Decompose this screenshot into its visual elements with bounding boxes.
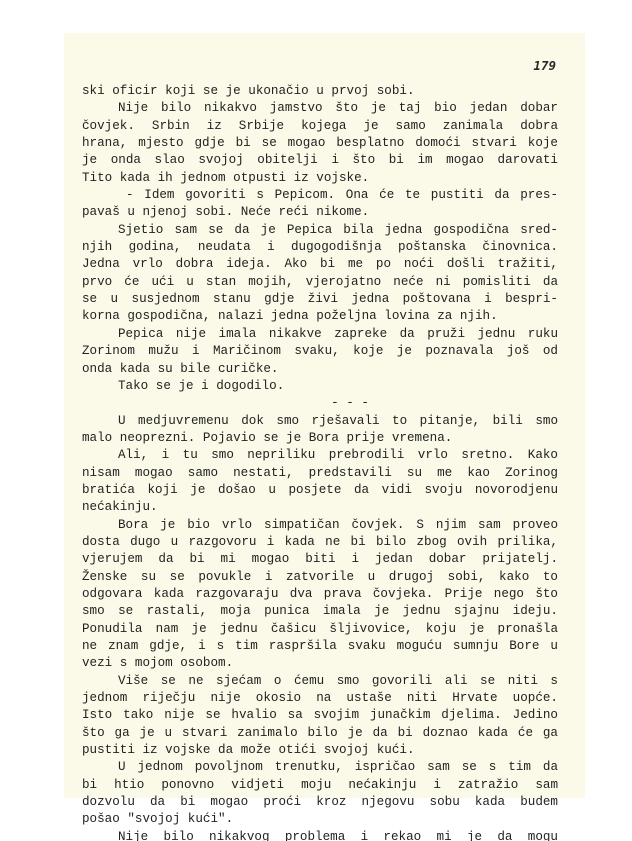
text-line: - Idem govoriti s Pepicom. Ona će te pus…: [82, 187, 558, 204]
text-line: ne znam gdje, i s tim raspršila svaku mo…: [82, 638, 558, 655]
text-line: dozvolu da bi mogao proći kroz njegovu s…: [82, 794, 558, 811]
page-number: 179: [533, 58, 556, 73]
text-line: odgovara kada razgovaraju dva prava čovj…: [82, 586, 558, 603]
text-line: bratića koji je došao u posjete da vidi …: [82, 482, 558, 499]
text-line: Više se ne sjećam o ćemu smo govorili al…: [82, 673, 558, 690]
text-line: vjerujem da bi mi mogao biti i jedan dob…: [82, 551, 558, 568]
text-line: ski oficir koji se je ukonačio u prvoj s…: [82, 83, 558, 100]
text-line: onda kada su bile curičke.: [82, 361, 558, 378]
text-line: pustiti iz vojske da može otići svojoj k…: [82, 742, 558, 759]
text-line: nećakinju.: [82, 499, 558, 516]
text-line: Zorinom mužu i Maričinom svaku, koje je …: [82, 343, 558, 360]
text-line: smo se rastali, moja punica imala je jed…: [82, 603, 558, 620]
text-line: Tako se je i dogodilo.: [82, 378, 558, 395]
book-page: 179 ski oficir koji se je ukonačio u prv…: [64, 33, 585, 798]
text-line: Tito kada ih jednom otpusti iz vojske.: [82, 170, 558, 187]
text-line: Pepica nije imala nikakve zapreke da pru…: [82, 326, 558, 343]
text-line: Sjetio sam se da je Pepica bila jedna go…: [82, 222, 558, 239]
text-line: Nije bilo nikakvo jamstvo što je taj bio…: [82, 100, 558, 117]
text-line: pavaš u njenoj sobi. Neće reći nikome.: [82, 204, 558, 221]
text-line: bi htio ponovno vidjeti moju nećakinju i…: [82, 777, 558, 794]
text-line: dosta dugo u razgovoru i kada ne bi bilo…: [82, 534, 558, 551]
text-line: malo neoprezni. Pojavio se je Bora prije…: [82, 430, 558, 447]
text-line: jednom riječju nije okosio na ustaše nit…: [82, 690, 558, 707]
text-line: Nije bilo nikakvog problema i rekao mi j…: [82, 829, 558, 841]
text-line: - - -: [82, 395, 558, 412]
text-line: pošao "svojoj kući".: [82, 811, 558, 828]
text-line: Bora je bio vrlo simpatičan čovjek. S nj…: [82, 517, 558, 534]
text-line: hrana, mjesto gdje bi se mogao besplatno…: [82, 135, 558, 152]
text-line: vezi s mojom osobom.: [82, 655, 558, 672]
text-line: čovjek. Srbin iz Srbije kojega je samo z…: [82, 118, 558, 135]
text-line: Jedna vrlo dobra ideja. Ako bi me po noć…: [82, 256, 558, 273]
text-line: Ali, i tu smo nepriliku prebrodili vrlo …: [82, 447, 558, 464]
text-line: se u susjednom stanu gdje živi jedna poš…: [82, 291, 558, 308]
text-line: U jednom povoljnom trenutku, ispričao sa…: [82, 759, 558, 776]
text-line: korna gospodična, nalazi jedna poželjna …: [82, 308, 558, 325]
text-line: što ga je u stvari zanimalo bilo je da b…: [82, 725, 558, 742]
body-text: ski oficir koji se je ukonačio u prvoj s…: [82, 83, 558, 841]
text-line: prvo će ući u stan mojih, vjerojatno neć…: [82, 274, 558, 291]
text-line: nisam mogao samo nestati, predstavili su…: [82, 465, 558, 482]
text-line: Isto tako nije se hvalio sa svojim junač…: [82, 707, 558, 724]
text-line: je onda slao svojoj obitelji i što bi im…: [82, 152, 558, 169]
text-line: U medjuvremenu dok smo rješavali to pita…: [82, 413, 558, 430]
text-line: njih godina, neudata i dugogodišnja pošt…: [82, 239, 558, 256]
text-line: Ženske su se povukle i zatvorile u drugo…: [82, 569, 558, 586]
text-line: Ponudila nam je jednu čašicu šljivovice,…: [82, 621, 558, 638]
